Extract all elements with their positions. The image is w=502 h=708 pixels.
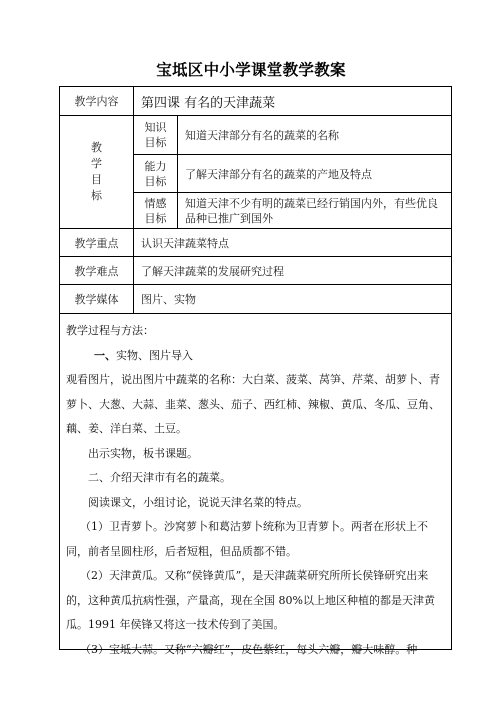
key-point-value: 认识天津蔬菜特点 <box>134 229 451 256</box>
label-line: 目标 <box>145 211 167 226</box>
ability-objective-value: 了解天津部分有名的蔬菜的产地及特点 <box>178 155 451 192</box>
row-divider <box>60 313 451 314</box>
lesson-plan-table: 教学内容 第四课 有名的天津蔬菜 教 学 目 标 知识目标 知道天津部分有名的蔬… <box>59 86 452 650</box>
label-line: 能力 <box>145 159 167 174</box>
document-title: 宝坻区中小学课堂教学教案 <box>0 58 502 80</box>
media-label: 教学媒体 <box>60 285 133 313</box>
list-item: （3）宝坻大蒜。又称“六瓣红”，皮色紫红，每头六瓣，瓣大味醇。种 <box>66 638 445 663</box>
section-two-heading: 二、介绍天津市有名的蔬菜。 <box>66 466 445 491</box>
difficulty-label: 教学难点 <box>60 257 133 284</box>
paragraph: 观看图片，说出图片中蔬菜的名称：大白菜、菠菜、莴笋、芹菜、胡萝卜、青萝卜、大葱、… <box>66 368 445 442</box>
label-line: 情感 <box>145 196 167 211</box>
objectives-label-char: 教 <box>91 140 102 156</box>
media-value: 图片、实物 <box>134 285 451 313</box>
paragraph: 阅读课文，小组讨论，说说天津名菜的特点。 <box>66 491 445 516</box>
content-label: 教学内容 <box>60 87 133 115</box>
teaching-process: 教学过程与方法： 一、实物、图片导入 观看图片，说出图片中蔬菜的名称：大白菜、菠… <box>66 319 445 662</box>
list-item: （1）卫青萝卜。沙窝萝卜和葛沽萝卜统称为卫青萝卜。两者在形状上不同，前者呈圆柱形… <box>66 515 445 564</box>
objectives-label-char: 目 <box>91 172 102 188</box>
ability-objective-label: 能力目标 <box>134 155 177 192</box>
key-point-label: 教学重点 <box>60 229 133 256</box>
label-line: 目标 <box>145 135 167 150</box>
label-line: 目标 <box>145 174 167 189</box>
label-line: 知识 <box>145 120 167 135</box>
content-value: 第四课 有名的天津蔬菜 <box>134 87 451 115</box>
process-heading: 教学过程与方法： <box>66 319 445 344</box>
list-item: （2）天津黄瓜。又称“侯锋黄瓜”，是天津蔬菜研究所所长侯锋研究出来的，这种黄瓜抗… <box>66 564 445 638</box>
emotion-objective-label: 情感目标 <box>134 193 177 228</box>
section-title: 实物、图片导入 <box>116 349 193 362</box>
objectives-label-char: 学 <box>91 156 102 172</box>
objectives-label-char: 标 <box>91 188 102 204</box>
difficulty-value: 了解天津蔬菜的发展研究过程 <box>134 257 451 284</box>
paragraph: 出示实物，板书课题。 <box>66 442 445 467</box>
section-one-heading: 一、实物、图片导入 <box>66 344 445 369</box>
objectives-label: 教 学 目 标 <box>60 115 133 228</box>
emotion-objective-value: 知道天津不少有明的蔬菜已经行销国内外，有些优良品种已推广到国外 <box>178 193 451 228</box>
section-number: 一、 <box>94 349 116 362</box>
knowledge-objective-value: 知道天津部分有名的蔬菜的名称 <box>178 116 451 154</box>
knowledge-objective-label: 知识目标 <box>134 116 177 154</box>
